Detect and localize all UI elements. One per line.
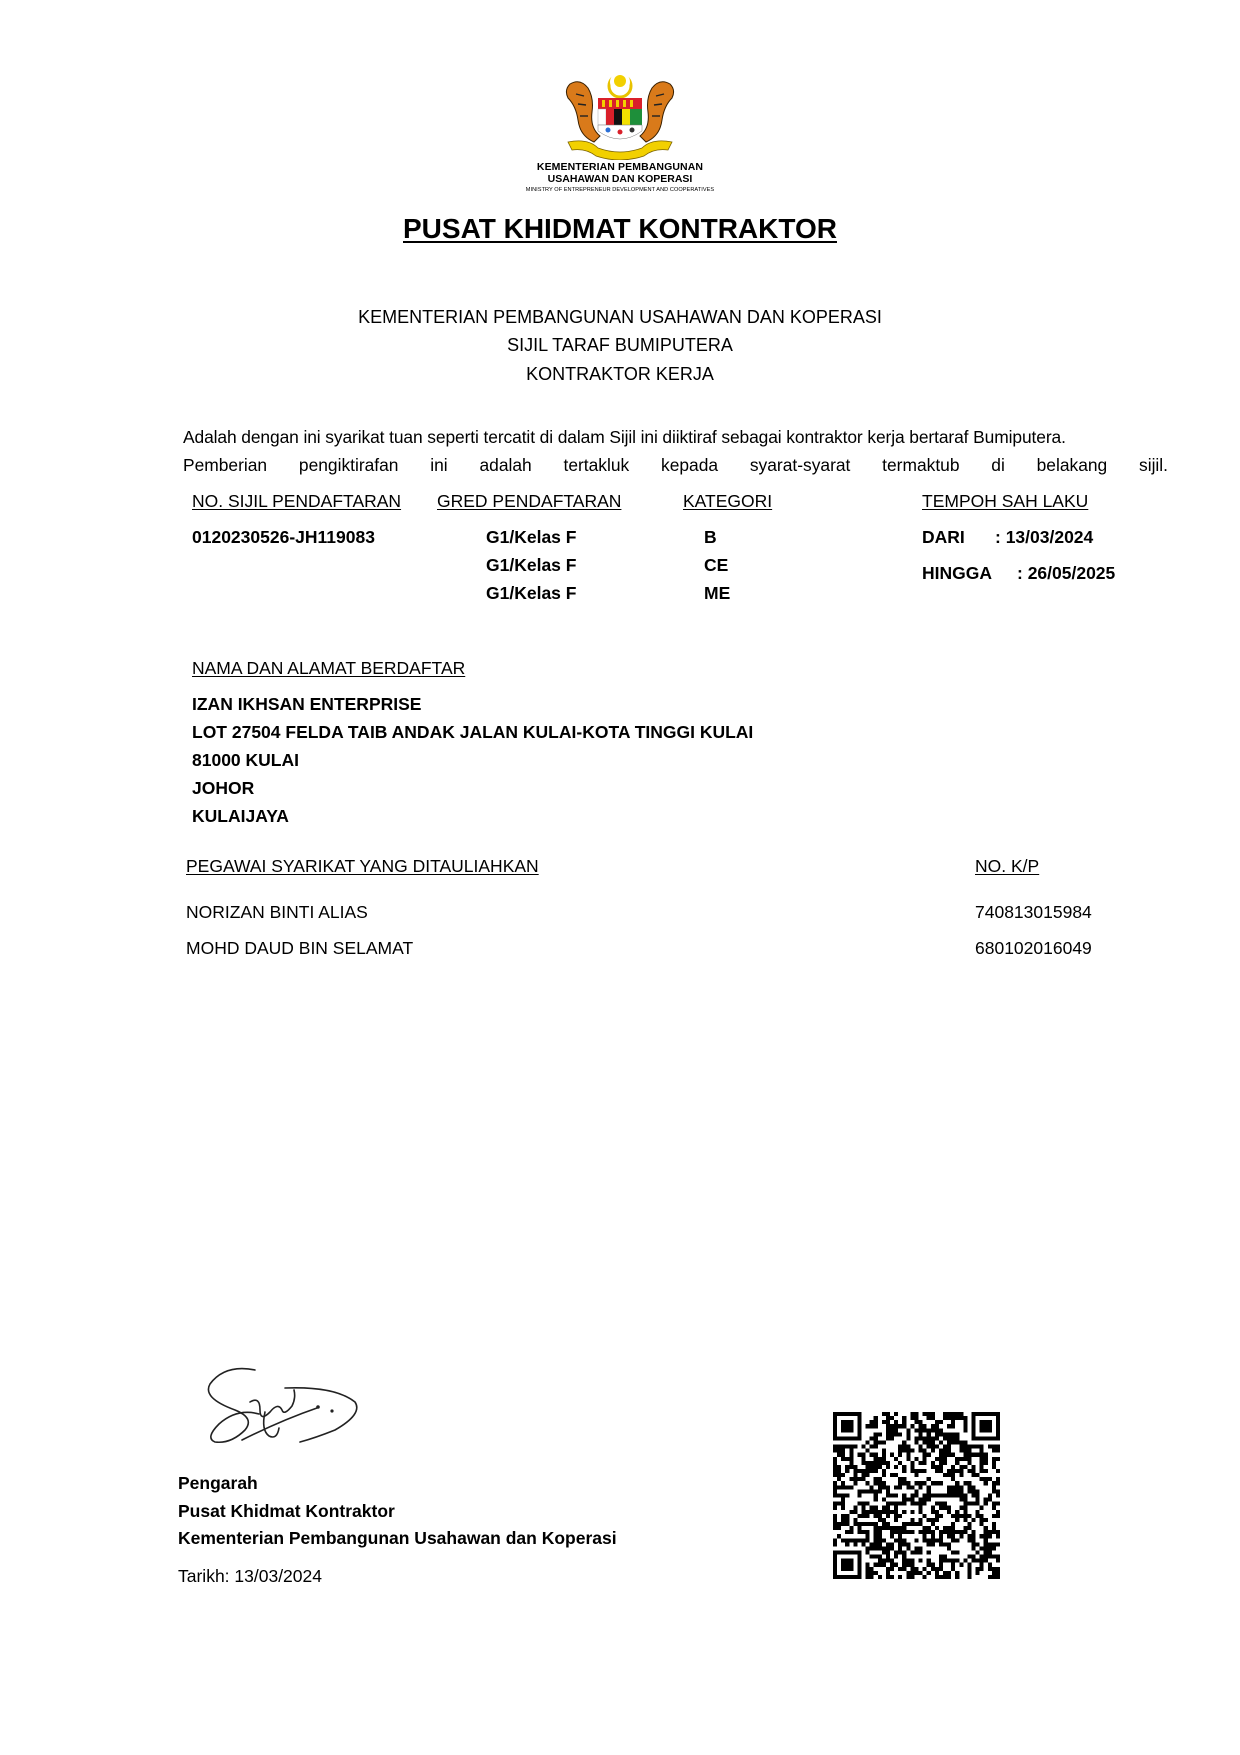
signatory-department: Pusat Khidmat Kontraktor: [178, 1501, 395, 1522]
grade-value: G1/Kelas F: [486, 583, 576, 604]
registration-number: 0120230526-JH119083: [192, 527, 375, 548]
ic-number-heading: NO. K/P: [975, 856, 1039, 877]
validity-from-value: : 13/03/2024: [995, 527, 1093, 548]
signature-icon: [200, 1362, 365, 1457]
contractor-type-heading: KONTRAKTOR KERJA: [0, 364, 1240, 385]
certificate-statement-line2: Pemberian pengiktirafan ini adalah terta…: [183, 455, 1168, 476]
certificate-type-heading: SIJIL TARAF BUMIPUTERA: [0, 335, 1240, 356]
header-kategori: KATEGORI: [683, 491, 772, 512]
validity-from-label: DARI: [922, 527, 965, 548]
signatory-title: Pengarah: [178, 1473, 258, 1494]
validity-to-value: : 26/05/2025: [1017, 563, 1115, 584]
grade-value: G1/Kelas F: [486, 527, 576, 548]
validity-to-label: HINGGA: [922, 563, 992, 584]
ministry-name-line2: USAHAWAN DAN KOPERASI: [0, 173, 1240, 185]
address-line: LOT 27504 FELDA TAIB ANDAK JALAN KULAI-K…: [192, 722, 753, 743]
address-line: KULAIJAYA: [192, 806, 289, 827]
header-gred: GRED PENDAFTARAN: [437, 491, 621, 512]
certificate-statement-line1: Adalah dengan ini syarikat tuan seperti …: [183, 427, 1066, 448]
ministry-name-english: MINISTRY OF ENTREPRENEUR DEVELOPMENT AND…: [0, 187, 1240, 193]
officer-name: MOHD DAUD BIN SELAMAT: [186, 938, 413, 959]
grade-value: G1/Kelas F: [486, 555, 576, 576]
officer-name: NORIZAN BINTI ALIAS: [186, 902, 368, 923]
issue-date: Tarikh: 13/03/2024: [178, 1566, 322, 1587]
category-value: CE: [704, 555, 728, 576]
qr-code-icon[interactable]: [833, 1412, 1000, 1579]
page-title: PUSAT KHIDMAT KONTRAKTOR: [0, 213, 1240, 245]
address-heading: NAMA DAN ALAMAT BERDAFTAR: [192, 658, 465, 679]
company-name: IZAN IKHSAN ENTERPRISE: [192, 694, 421, 715]
coat-of-arms-icon: [562, 72, 678, 160]
officer-ic-number: 740813015984: [975, 902, 1092, 923]
officer-ic-number: 680102016049: [975, 938, 1092, 959]
signatory-ministry: Kementerian Pembangunan Usahawan dan Kop…: [178, 1528, 617, 1549]
address-line: 81000 KULAI: [192, 750, 299, 771]
address-line: JOHOR: [192, 778, 254, 799]
header-no-sijil: NO. SIJIL PENDAFTARAN: [192, 491, 401, 512]
category-value: B: [704, 527, 717, 548]
ministry-name-line1: KEMENTERIAN PEMBANGUNAN: [0, 161, 1240, 173]
officers-heading: PEGAWAI SYARIKAT YANG DITAULIAHKAN: [186, 856, 539, 877]
category-value: ME: [704, 583, 730, 604]
header-tempoh: TEMPOH SAH LAKU: [922, 491, 1088, 512]
certificate-ministry-heading: KEMENTERIAN PEMBANGUNAN USAHAWAN DAN KOP…: [0, 307, 1240, 328]
